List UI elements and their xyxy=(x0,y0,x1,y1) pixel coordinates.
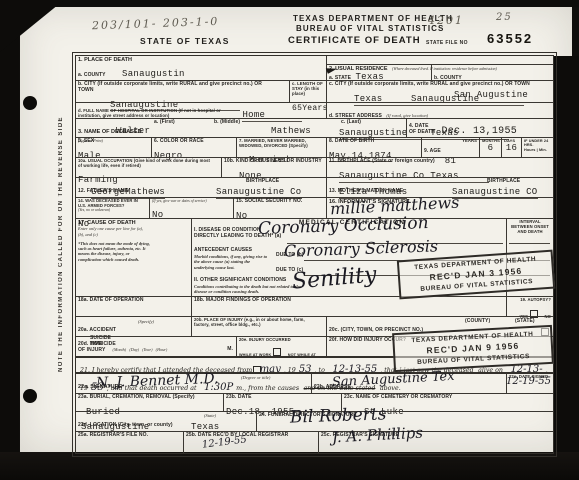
physician-signature-value: N. J. Bennet M.D. xyxy=(96,372,219,390)
date-of-death-label: 4. DATE OF DEATH xyxy=(409,124,437,136)
father-birthplace-label: BIRTHPLACE xyxy=(246,179,279,185)
field-father-name: 12. FATHER'S NAME BIRTHPLACE GeorgeMathe… xyxy=(76,177,326,197)
field-sex: 5. SEX Male xyxy=(76,137,151,157)
armed-forces-sub2: (If yes, give war or dates of service) xyxy=(152,199,231,204)
field-usual-residence: 2. USUAL RESIDENCE (Where deceased lived… xyxy=(326,56,553,64)
place-title: 1. PLACE OF DEATH xyxy=(78,57,324,63)
field-age-months: MONTHS 6 xyxy=(479,137,501,157)
field-date-of-death: 4. DATE OF DEATH Dec. 13,1955 xyxy=(406,118,553,137)
time-of-injury-m: M. xyxy=(227,347,233,353)
field-time-of-injury: 20d. TIME OF INJURY (Month) (Day) (Year)… xyxy=(76,336,236,356)
cemetery-label: 23c. NAME OF CEMETERY OR CREMATORY xyxy=(344,395,551,401)
birthplace-label: 11. BIRTHPLACE (State or foreign country… xyxy=(329,159,551,165)
received-stamp-jan9: TEXAS DEPARTMENT OF HEALTH REC'D JAN 9 1… xyxy=(392,325,554,373)
field-burial-location: 23d. LOCATION (City, town, or county) (S… xyxy=(76,411,256,431)
reverse-side-note: NOTE THE INFORMATION CALLED FOR ON THE R… xyxy=(58,72,71,417)
residence-city-label: c. CITY (If outside corporate limits, wr… xyxy=(329,82,544,88)
cause-note2: *This does not mean the mode of dying, s… xyxy=(78,241,150,262)
field-name-of-deceased: 3. NAME OF DECEASED a. (First) b. (Middl… xyxy=(76,118,406,137)
date-signed-value: 12-19-55 xyxy=(506,377,551,387)
field-residence-state: a. STATE Texas xyxy=(326,64,431,80)
time-of-injury-label: 20d. TIME OF INJURY xyxy=(78,342,108,354)
sex-label: 5. SEX xyxy=(78,139,149,145)
armed-forces-sub1: (Yes, no or unknown) xyxy=(78,208,147,213)
interval-rule-1 xyxy=(509,243,550,244)
field-date-of-birth: 8. DATE OF BIRTH May.14,1874 xyxy=(326,137,421,157)
date-received-label: 25b. DATE REC'D BY LOCAL REGISTRAR xyxy=(186,433,316,439)
operation-date-label: 18a. DATE OF OPERATION xyxy=(78,298,189,304)
age-under24-sub: Hours | Min. xyxy=(524,148,551,152)
film-top-band xyxy=(0,0,579,7)
field-race: 6. COLOR OR RACE Negro xyxy=(151,137,236,157)
handwritten-num2: 25 xyxy=(496,13,513,23)
field-age-under24: IF UNDER 24 HRS. Hours | Min. xyxy=(521,137,553,157)
place-of-injury-label: 20b. PLACE OF INJURY (e.g., in or about … xyxy=(194,318,319,328)
age-label: 9. AGE xyxy=(424,148,441,154)
field-city-of-death: b. CITY (If outside corporate limits, wr… xyxy=(76,80,289,102)
name-last-header: c. (Last) xyxy=(341,120,361,126)
business-label: 10b. KIND OF BUSINESS OR INDUSTRY xyxy=(224,159,324,165)
cause-note1: Enter only one cause per line for (a), (… xyxy=(78,226,148,237)
injury-occurred-label: 20e. INJURY OCCURRED xyxy=(239,338,324,343)
stay-label: c. LENGTH OF STAY (in this place) xyxy=(292,82,324,97)
punch-hole-top xyxy=(23,96,37,110)
degree-title-note: (Degree or title) xyxy=(241,375,270,380)
field-armed-forces: 14. WAS DECEASED EVER IN U.S. ARMED FORC… xyxy=(76,197,149,218)
field-ssn: 15. SOCIAL SECURITY NO. No xyxy=(233,197,326,218)
armed-forces-label: 14. WAS DECEASED EVER IN U.S. ARMED FORC… xyxy=(78,199,147,208)
field-street-address: d. STREET ADDRESS (If rural, give locati… xyxy=(326,102,553,118)
field-armed-forces-service: (If yes, give war or dates of service) N… xyxy=(149,197,233,218)
name-first-value: Walter xyxy=(116,127,150,137)
autopsy-label: 19. AUTOPSY? xyxy=(509,298,551,303)
marital-label: 7. MARRIED, NEVER MARRIED, WIDOWED, DIVO… xyxy=(239,139,324,149)
field-marital-status: 7. MARRIED, NEVER MARRIED, WIDOWED, DIVO… xyxy=(236,137,326,157)
other-conditions-label: II. OTHER SIGNIFICANT CONDITIONS xyxy=(194,278,286,284)
field-operation-findings: 18b. MAJOR FINDINGS OF OPERATION xyxy=(191,296,506,316)
asp-specify: (Specify) xyxy=(138,319,154,324)
state-file-number: 63552 xyxy=(487,32,533,45)
city-label: b. CITY (If outside corporate limits, wr… xyxy=(78,82,278,94)
injury-county-label: (COUNTY) xyxy=(465,319,490,325)
header-state-of-texas: STATE OF TEXAS xyxy=(140,36,230,46)
field-business: 10b. KIND OF BUSINESS OR INDUSTRY None xyxy=(221,157,326,177)
county-label: a. COUNTY xyxy=(78,72,106,78)
handwritten-num1: 4201 xyxy=(428,15,464,26)
occupation-label: 10a. USUAL OCCUPATION (Give kind of work… xyxy=(78,159,213,169)
film-right-strip xyxy=(554,56,579,456)
field-burial: 23a. BURIAL, CREMATION, REMOVAL (Specify… xyxy=(76,393,223,411)
field-residence-city: c. CITY (If outside corporate limits, wr… xyxy=(326,80,553,102)
while-at-work-checkbox xyxy=(273,348,281,356)
field-residence-county: b. COUNTY San Augustine xyxy=(431,64,553,80)
name-last-value: Mathews xyxy=(271,127,311,137)
time-of-injury-cols: (Month) (Day) (Year) (Hour) xyxy=(112,347,167,352)
age-under24-header: IF UNDER 24 HRS. xyxy=(524,139,551,148)
burial-label: 23a. BURIAL, CREMATION, REMOVAL (Specify… xyxy=(78,395,221,401)
field-cause-of-death-notes: 17. CAUSE OF DEATH Enter only one cause … xyxy=(76,218,191,296)
header-bureau: BUREAU OF VITAL STATISTICS xyxy=(296,24,444,34)
age-days-value: 16 xyxy=(504,144,519,154)
field-length-of-stay: c. LENGTH OF STAY (in this place) 65Year… xyxy=(289,80,326,102)
field-birthplace: 11. BIRTHPLACE (State or foreign country… xyxy=(326,157,553,177)
age-months-value: 6 xyxy=(482,144,499,154)
race-label: 6. COLOR OR RACE xyxy=(154,139,234,145)
antecedent-label: ANTECEDENT CAUSES xyxy=(194,248,252,254)
dob-label: 8. DATE OF BIRTH xyxy=(329,139,419,145)
field-accident-suicide-homicide: 20a. ACCIDENT (Specify) SUICIDE HOMICIDE xyxy=(76,316,191,336)
antecedent-note: Morbid conditions, if any, giving rise t… xyxy=(194,254,270,270)
operation-findings-label: 18b. MAJOR FINDINGS OF OPERATION xyxy=(194,298,504,304)
burial-date-label: 23b. DATE xyxy=(226,395,339,401)
injury-state-label: (STATE) xyxy=(515,319,535,325)
field-occupation: 10a. USUAL OCCUPATION (Give kind of work… xyxy=(76,157,221,177)
header-certificate-title: CERTIFICATE OF DEATH xyxy=(288,35,421,46)
field-place-of-death: 1. PLACE OF DEATH a. COUNTY Sanaugustin xyxy=(76,56,326,80)
punch-hole-bottom xyxy=(23,389,37,403)
funeral-director-value: Bil Roberts xyxy=(290,406,387,426)
name-middle-header: b. (Middle) xyxy=(214,120,240,126)
field-injury-occurred: 20e. INJURY OCCURRED WHILE AT WORK NOT W… xyxy=(236,336,326,356)
mother-birthplace-label: BIRTHPLACE xyxy=(487,179,520,185)
age-years-header: YEARS xyxy=(462,139,477,144)
film-bottom-band xyxy=(0,452,579,480)
film-left-strip xyxy=(0,0,19,456)
interval-header: INTERVAL BETWEEN ONSET AND DEATH xyxy=(509,220,551,234)
name-first-header: a. (First) xyxy=(154,120,175,126)
location-state-note: (State) xyxy=(204,413,216,418)
asp-label-1: 20a. ACCIDENT xyxy=(78,327,116,333)
field-autopsy: 19. AUTOPSY? YES NO xyxy=(506,296,553,316)
ssn-label: 15. SOCIAL SECURITY NO. xyxy=(236,199,324,205)
field-age-years: 9. AGE YEARS 81 xyxy=(421,137,479,157)
field-hospital: d. FULL NAME OF HOSPITAL OR INSTITUTION … xyxy=(76,102,326,118)
field-age-days: DAYS 16 xyxy=(501,137,521,157)
registrar-file-label: 25a. REGISTRAR'S FILE NO. xyxy=(78,433,181,439)
field-date-of-operation: 18a. DATE OF OPERATION xyxy=(76,296,191,316)
state-file-no-label: STATE FILE NO xyxy=(426,41,468,46)
field-registrar-file-no: 25a. REGISTRAR'S FILE NO. xyxy=(76,431,183,453)
field-place-of-injury: 20b. PLACE OF INJURY (e.g., in or about … xyxy=(191,316,326,336)
